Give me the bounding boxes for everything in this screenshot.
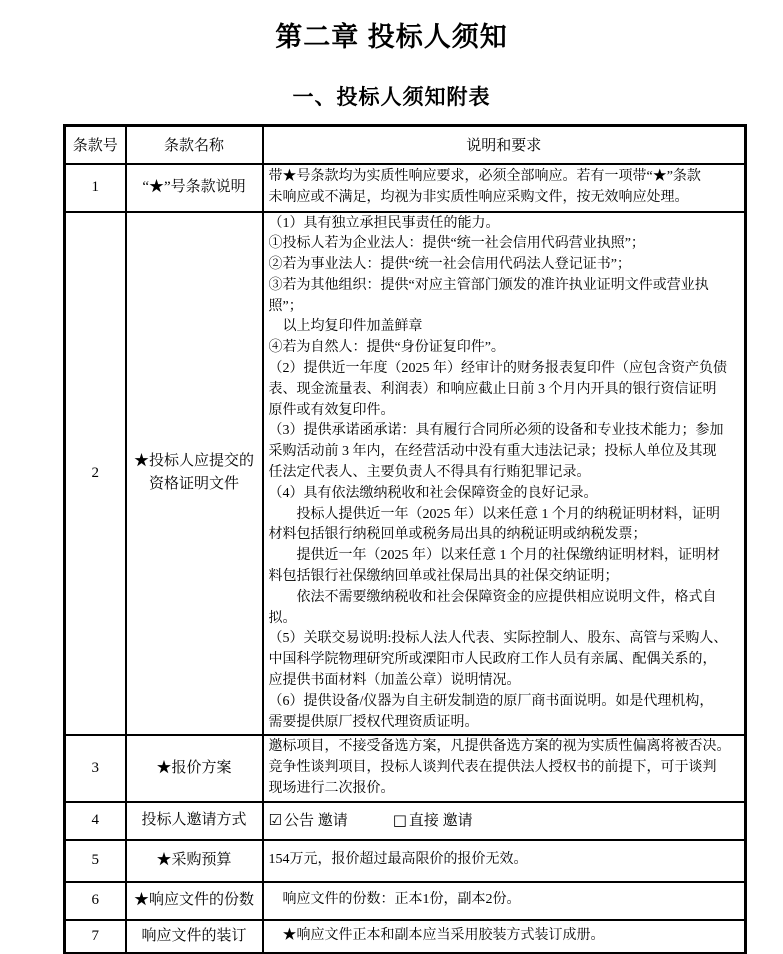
- table-row: 2 ★投标人应提交的资格证明文件 （1）具有独立承担民事责任的能力。 ①投标人若…: [65, 212, 746, 736]
- checkbox-checked-icon: ☑: [269, 810, 282, 831]
- option-label: 公告 邀请: [284, 813, 348, 829]
- clause-desc-cell: （1）具有独立承担民事责任的能力。 ①投标人若为企业法人：提供“统一社会信用代码…: [263, 212, 746, 736]
- header-clause-name: 条款名称: [126, 126, 263, 164]
- invitation-method-cell: ☑公告 邀请□直接 邀请: [263, 802, 746, 840]
- section-subtitle: 一、投标人须知附表: [0, 81, 783, 111]
- table-row: 3 ★报价方案 邀标项目，不接受备选方案，凡提供备选方案的视为实质性偏离将被否决…: [65, 735, 746, 801]
- clause-name-cell: “★”号条款说明: [126, 164, 263, 212]
- clause-desc-cell: ★响应文件正本和副本应当采用胶装方式装订成册。: [263, 920, 746, 954]
- clause-no-cell: 2: [65, 212, 126, 736]
- clause-name-cell: 响应文件的装订: [126, 920, 263, 954]
- table-row: 1 “★”号条款说明 带★号条款均为实质性响应要求，必须全部响应。若有一项带“★…: [65, 164, 746, 212]
- table-row: 7 响应文件的装订 ★响应文件正本和副本应当采用胶装方式装订成册。: [65, 920, 746, 954]
- table-row: 5 ★采购预算 154万元，报价超过最高限价的报价无效。: [65, 840, 746, 882]
- header-clause-no: 条款号: [65, 126, 126, 164]
- clause-name-cell: ★投标人应提交的资格证明文件: [126, 212, 263, 736]
- table-row: 6 ★响应文件的份数 响应文件的份数：正本1份，副本2份。: [65, 882, 746, 920]
- header-clause-desc: 说明和要求: [263, 126, 746, 164]
- clause-no-cell: 6: [65, 882, 126, 920]
- clause-no-cell: 4: [65, 802, 126, 840]
- clause-desc-cell: 响应文件的份数：正本1份，副本2份。: [263, 882, 746, 920]
- bidder-notice-table: 条款号 条款名称 说明和要求 1 “★”号条款说明 带★号条款均为实质性响应要求…: [63, 124, 747, 954]
- clause-name-cell: ★响应文件的份数: [126, 882, 263, 920]
- table-header-row: 条款号 条款名称 说明和要求: [65, 126, 746, 164]
- clause-name-cell: ★采购预算: [126, 840, 263, 882]
- clause-no-cell: 1: [65, 164, 126, 212]
- option-direct-invitation: □直接 邀请: [393, 810, 473, 832]
- clause-name-cell: 投标人邀请方式: [126, 802, 263, 840]
- clause-no-cell: 7: [65, 920, 126, 954]
- clause-no-cell: 3: [65, 735, 126, 801]
- clause-no-cell: 5: [65, 840, 126, 882]
- document-page: 第二章 投标人须知 一、投标人须知附表 条款号 条款名称 说明和要求 1 “★”…: [0, 0, 783, 954]
- clause-desc-cell: 154万元，报价超过最高限价的报价无效。: [263, 840, 746, 882]
- option-label: 直接 邀请: [409, 813, 473, 829]
- table-row: 4 投标人邀请方式 ☑公告 邀请□直接 邀请: [65, 802, 746, 840]
- checkbox-unchecked-icon: □: [393, 810, 407, 831]
- chapter-title: 第二章 投标人须知: [0, 0, 783, 54]
- clause-name-cell: ★报价方案: [126, 735, 263, 801]
- clause-desc-cell: 邀标项目，不接受备选方案，凡提供备选方案的视为实质性偏离将被否决。 竞争性谈判项…: [263, 735, 746, 801]
- option-public-invitation: ☑公告 邀请: [269, 810, 348, 832]
- clause-desc-cell: 带★号条款均为实质性响应要求，必须全部响应。若有一项带“★”条款 未响应或不满足…: [263, 164, 746, 212]
